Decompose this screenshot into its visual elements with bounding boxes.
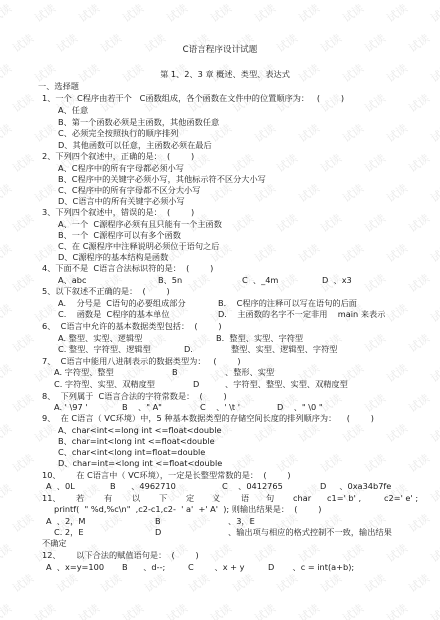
question-11-stem-word: c1=' b' , — [327, 493, 361, 503]
question-11-option-c: C. 2，E — [54, 527, 84, 537]
question-12-option-b: B 、d--; — [122, 562, 165, 572]
question-11-stem-line2: printf( " %d,%c\n" ,c2-c1,c2- ' a' +' A'… — [54, 504, 322, 514]
question-11-option-b-label: B — [155, 516, 161, 526]
question-6-option-b: B. 整型、实型、字符型 — [216, 333, 303, 343]
question-11-option-d-text: 、输出项与相应的格式控制不一致，输出结果 — [228, 527, 392, 537]
question-1-option-c: C、必须完全按照执行的顺序排列 — [58, 128, 178, 138]
question-11-stem-word: c2=' e' ; — [384, 493, 418, 503]
question-11-stem-number: 11、 — [42, 493, 61, 503]
question-8-stem: 8、 下列属于 C语言合法的字符常数是： ( ) — [42, 391, 227, 401]
question-7-option-d-label: D — [193, 379, 199, 389]
question-1-stem: 1、一个 C程序由若干个 C函数组成，各个函数在文件中的位置顺序为： ( ) — [42, 93, 344, 103]
question-8-option-d: D 、" \0 " — [277, 402, 323, 412]
question-5-option-d: D. 主函数的名字不一定非用 main 来表示 — [218, 309, 385, 319]
question-4-option-a: A、abc — [58, 275, 87, 285]
question-9-option-b: B、char=int<long int <=float<double — [58, 436, 215, 446]
question-2-option-a: A、C程序中的所有字母都必须小写 — [58, 163, 184, 173]
question-11-stem-word: char — [293, 493, 311, 503]
document-page: C语言程序设计试题 第 1、2、3 章 概述、类型、表达式 一、选择题 1、一个… — [0, 0, 440, 620]
question-10-option-a: A 、0L — [46, 481, 75, 491]
question-4-option-d: D 、x3 — [322, 275, 352, 285]
question-5-stem: 5、以下叙述不正确的是： ( ) — [42, 286, 170, 296]
question-11-stem-word: 以 — [132, 493, 140, 503]
question-10-option-c: C 、0412765 — [222, 481, 283, 491]
question-10-option-d: D 、0xa34b7fe — [320, 481, 391, 491]
question-11-option-a: A 、2，M — [46, 516, 85, 526]
question-12-stem: 12、 以下合法的赋值语句是： ( ) — [42, 550, 199, 560]
question-5-option-c: C. 函数是 C程序的基本单位 — [58, 309, 170, 319]
question-11-stem-word: 定 — [186, 493, 194, 503]
question-7-option-d-text: 、字符型、整型、实型、双精度型 — [225, 379, 348, 389]
question-11-stem-word: 语 — [241, 493, 249, 503]
question-12-option-d: D 、c = int(a+b); — [268, 562, 354, 572]
question-6-option-d-text: 整型、实型、逻辑型、字符型 — [231, 344, 337, 354]
question-8-option-b: B 、" A" — [122, 402, 162, 412]
question-9-option-d: D、char=int=<long int <=float<double — [58, 458, 222, 468]
question-3-option-b: B、一个 C源程序可以有多个函数 — [58, 230, 181, 240]
question-6-option-a: A. 整型、实型、逻辑型 — [58, 333, 142, 343]
question-11-stem-word: 句 — [266, 493, 274, 503]
question-11-option-d-label: D — [155, 527, 161, 537]
question-3-option-c: C、在 C源程序中注释说明必须位于语句之后 — [58, 241, 219, 251]
question-1-option-d: D、其他函数可以任意，主函数必须在最后 — [58, 140, 212, 150]
question-4-option-b: B、5n — [158, 275, 182, 285]
question-11-continuation: 不确定 — [42, 538, 67, 548]
question-4-stem: 4、下面不是 C语言合法标识符的是： ( ) — [42, 263, 213, 273]
question-6-option-d-label: D. — [184, 344, 193, 354]
question-12-option-c: C 、x + y — [188, 562, 244, 572]
question-10-option-b: B 、4962710 — [110, 481, 176, 491]
question-2-option-d: D、C语言中的所有关键字必须小写 — [58, 196, 185, 206]
question-9-option-c: C、char<int<long int=float=double — [58, 447, 205, 457]
question-4-option-c: C 、_4m — [242, 275, 278, 285]
document-title: C语言程序设计试题 — [0, 43, 440, 55]
question-12-option-a: A 、x=y=100 — [46, 562, 104, 572]
question-11-stem-word: 下 — [159, 493, 167, 503]
question-3-option-a: A、一个 C源程序必须有且只能有一个主函数 — [58, 219, 222, 229]
question-11-option-b-text: 、3，E — [228, 516, 255, 526]
question-7-stem: 7、 C语言中能用八进制表示的数据类型为： ( ) — [42, 356, 241, 366]
question-5-option-b: B. C程序的注释可以写在语句的后面 — [218, 298, 357, 308]
question-2-stem: 2、下列四个叙述中，正确的是： ( ) — [42, 151, 194, 161]
question-5-option-a: A. 分号是 C语句的必要组成部分 — [58, 298, 186, 308]
question-2-option-b: B、C程序中的关键字必须小写，其他标示符不区分大小写 — [58, 174, 266, 184]
question-7-option-c: C. 字符型、实型、双精度型 — [54, 379, 155, 389]
question-6-option-c: C. 整型、字符型、逻辑型 — [58, 344, 151, 354]
question-11-stem-word: 若 — [76, 493, 84, 503]
question-2-option-c: C、C程序中的所有字母都不区分大小写 — [58, 185, 200, 195]
question-7-option-b-label: B — [172, 367, 178, 377]
question-11-stem-word: 有 — [104, 493, 112, 503]
question-1-option-a: A、任意 — [58, 105, 88, 115]
question-6-stem: 6、 C语言中允许的基本数据类型包括： ( ) — [42, 321, 222, 331]
question-11-stem-word: 义 — [212, 493, 220, 503]
question-7-option-b-text: 、整形、实型 — [225, 367, 274, 377]
question-1-option-b: B、第一个函数必须是主函数，其他函数任意 — [58, 117, 219, 127]
question-3-option-d: D、C源程序的基本结构是函数 — [58, 252, 168, 262]
chapter-heading: 第 1、2、3 章 概述、类型、表达式 — [0, 69, 440, 80]
question-7-option-a: A. 字符型、整型 — [54, 367, 114, 377]
question-9-stem: 9、 在 C语言（ VC环境）中，5 种基本数据类型的存储空间长度的排列顺序为：… — [42, 413, 374, 423]
section-heading: 一、选择题 — [38, 81, 79, 91]
question-8-option-a: A. ' \97 ' — [54, 402, 88, 412]
question-3-stem: 3、下列四个叙述中，错误的是： ( ) — [42, 207, 194, 217]
question-10-stem: 10、 在 C语言中（ VC环境），一定是长整型常数的是： ( ) — [42, 470, 291, 480]
question-9-option-a: A、char<int<=long int <=float<double — [58, 425, 222, 435]
question-8-option-c: C 、' \t ' — [200, 402, 240, 412]
